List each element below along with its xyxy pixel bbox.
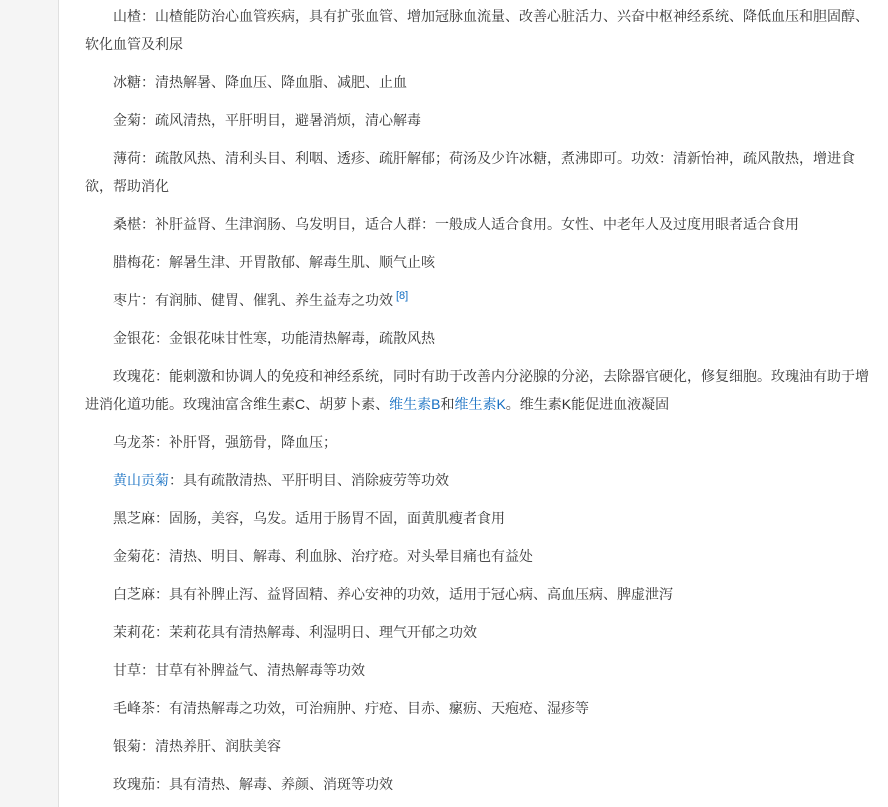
- paragraph-text: 金菊：疏风清热，平肝明目，避暑消烦，清心解毒: [113, 112, 421, 128]
- paragraph-text: 金菊花：清热、明目、解毒、利血脉、治疗疮。对头晕目痛也有益处: [113, 548, 533, 564]
- page: 山楂：山楂能防治心血管疾病，具有扩张血管、增加冠脉血流量、改善心脏活力、兴奋中枢…: [0, 0, 888, 807]
- herb-paragraph: 桑椹：补肝益肾、生津润肠、乌发明目，适合人群：一般成人适合食用。女性、中老年人及…: [85, 210, 875, 238]
- inline-link[interactable]: 维生素B: [389, 396, 440, 412]
- paragraph-text: ：具有疏散清热、平肝明目、消除疲劳等功效: [169, 472, 449, 488]
- paragraph-text: 金银花：金银花味甘性寒，功能清热解毒，疏散风热: [113, 330, 435, 346]
- herb-paragraph: 金菊：疏风清热，平肝明目，避暑消烦，清心解毒: [85, 106, 875, 134]
- paragraph-text: 冰糖：清热解暑、降血压、降血脂、减肥、止血: [113, 74, 407, 90]
- herb-paragraph: 腊梅花：解暑生津、开胃散郁、解毒生肌、顺气止咳: [85, 248, 875, 276]
- herb-paragraph: 玫瑰花：能刺激和协调人的免疫和神经系统，同时有助于改善内分泌腺的分泌，去除器官硬…: [85, 362, 875, 418]
- herb-paragraph: 乌龙茶：补肝肾，强筋骨，降血压；: [85, 428, 875, 456]
- article-body: 山楂：山楂能防治心血管疾病，具有扩张血管、增加冠脉血流量、改善心脏活力、兴奋中枢…: [60, 0, 888, 807]
- paragraph-text: 银菊：清热养肝、润肤美容: [113, 738, 281, 754]
- paragraph-text: 白芝麻：具有补脾止泻、益肾固精、养心安神的功效，适用于冠心病、高血压病、脾虚泄泻: [113, 586, 673, 602]
- paragraph-text: 毛峰茶：有清热解毒之功效，可治痈肿、疔疮、目赤、瘰疬、天疱疮、湿疹等: [113, 700, 589, 716]
- paragraph-text: 桑椹：补肝益肾、生津润肠、乌发明目，适合人群：一般成人适合食用。女性、中老年人及…: [113, 216, 799, 232]
- herb-paragraph: 黄山贡菊：具有疏散清热、平肝明目、消除疲劳等功效: [85, 466, 875, 494]
- paragraph-text: 乌龙茶：补肝肾，强筋骨，降血压；: [113, 434, 337, 450]
- herb-paragraph: 玫瑰茄：具有清热、解毒、养颜、消斑等功效: [85, 770, 875, 798]
- herb-paragraph: 金银花：金银花味甘性寒，功能清热解毒，疏散风热: [85, 324, 875, 352]
- paragraph-text: 和: [440, 396, 454, 412]
- inline-link[interactable]: 维生素K: [454, 396, 505, 412]
- herb-paragraph: 黑芝麻：固肠，美容，乌发。适用于肠胃不固，面黄肌瘦者食用: [85, 504, 875, 532]
- herb-paragraph: 茉莉花：茉莉花具有清热解毒、利湿明日、理气开郁之功效: [85, 618, 875, 646]
- herb-paragraph: 甘草：甘草有补脾益气、清热解毒等功效: [85, 656, 875, 684]
- herb-paragraph: 毛峰茶：有清热解毒之功效，可治痈肿、疔疮、目赤、瘰疬、天疱疮、湿疹等: [85, 694, 875, 722]
- paragraph-text: 黑芝麻：固肠，美容，乌发。适用于肠胃不固，面黄肌瘦者食用: [113, 510, 505, 526]
- paragraph-text: 玫瑰茄：具有清热、解毒、养颜、消斑等功效: [113, 776, 393, 792]
- herb-paragraph: 金菊花：清热、明目、解毒、利血脉、治疗疮。对头晕目痛也有益处: [85, 542, 875, 570]
- inline-link[interactable]: 黄山贡菊: [113, 472, 169, 488]
- paragraph-text: 枣片：有润肺、健胃、催乳、养生益寿之功效: [113, 292, 393, 308]
- left-gutter: [0, 0, 59, 807]
- paragraph-text: 薄荷：疏散风热、清利头目、利咽、透疹、疏肝解郁；荷汤及少许冰糖，煮沸即可。功效：…: [85, 150, 855, 194]
- herb-paragraph: 山楂：山楂能防治心血管疾病，具有扩张血管、增加冠脉血流量、改善心脏活力、兴奋中枢…: [85, 2, 875, 58]
- herb-paragraph: 银菊：清热养肝、润肤美容: [85, 732, 875, 760]
- paragraph-text: 腊梅花：解暑生津、开胃散郁、解毒生肌、顺气止咳: [113, 254, 435, 270]
- herb-paragraph: 枣片：有润肺、健胃、催乳、养生益寿之功效[8]: [85, 286, 875, 314]
- paragraph-text: 山楂：山楂能防治心血管疾病，具有扩张血管、增加冠脉血流量、改善心脏活力、兴奋中枢…: [85, 8, 869, 52]
- paragraph-text: 茉莉花：茉莉花具有清热解毒、利湿明日、理气开郁之功效: [113, 624, 477, 640]
- herb-paragraph: 薄荷：疏散风热、清利头目、利咽、透疹、疏肝解郁；荷汤及少许冰糖，煮沸即可。功效：…: [85, 144, 875, 200]
- paragraph-text: 甘草：甘草有补脾益气、清热解毒等功效: [113, 662, 365, 678]
- paragraph-text: 。维生素K能促进血液凝固: [506, 396, 669, 412]
- herb-paragraph: 冰糖：清热解暑、降血压、降血脂、减肥、止血: [85, 68, 875, 96]
- herb-paragraph: 白芝麻：具有补脾止泻、益肾固精、养心安神的功效，适用于冠心病、高血压病、脾虚泄泻: [85, 580, 875, 608]
- reference-link[interactable]: [8]: [396, 290, 408, 302]
